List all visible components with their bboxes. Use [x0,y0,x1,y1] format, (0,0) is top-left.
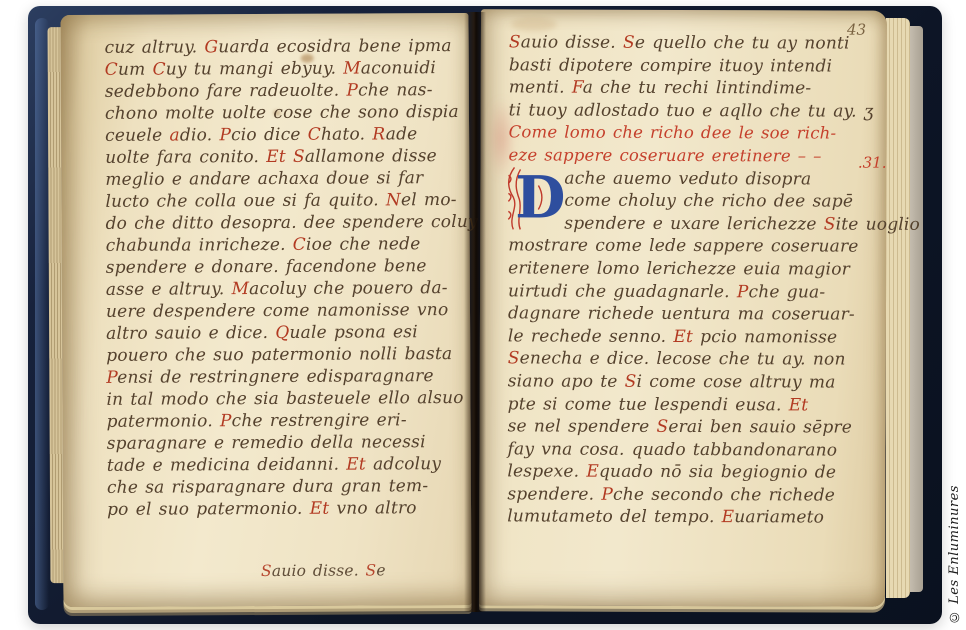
manuscript-line: lucto che colla oue si fa quito. Nel mo- [105,189,471,213]
manuscript-line: mostrare come lede sappere coseruare [508,235,882,259]
text-segment: enecha e dice. lecose che tu ay. non [520,349,846,370]
chapter-number: .31. [858,154,887,172]
manuscript-line: Cum Cuy tu mangi ebyuy. Maconuidi [105,57,471,81]
text-segment: Et [346,454,366,474]
text-segment: uirtudi che guadagnarle. [508,281,737,302]
text-segment: che sa risparagnare dura gran tem- [107,476,428,498]
text-segment: eritenere lomo lerichezze euia magior [508,258,850,279]
text-segment: pte si come tue lespendi eusa. [508,394,789,415]
text-segment: P [106,368,117,388]
text-segment: uy tu mangi ebyuy. [166,59,344,80]
text-segment: ioe che nede [306,234,421,255]
manuscript-line: uirtudi che guadagnarle. Pche gua- [508,280,882,304]
text-segment: S [625,372,637,392]
manuscript-line: ti tuoy adlostado tuo e aqllo che tu ay.… [509,99,883,123]
text-segment: S [293,147,305,167]
text-segment: P [601,485,613,505]
chapter-paragraph: D ache auemo veduto disopracome choluy c… [507,167,882,530]
fore-edge-page-stack [886,18,910,598]
manuscript-line: patermonio. Pche restrengire eri- [107,409,473,433]
text-segment: Et [266,147,286,167]
text-segment: aconuidi [361,58,436,78]
text-segment: auio disse. [272,561,366,579]
book-gutter [464,12,486,612]
text-segment: S [365,561,376,579]
manuscript-line: lumutameto del tempo. Euariameto [507,506,881,530]
text-segment: do che ditto desopra. dee spendere coluy [105,212,477,234]
text-segment: allamone disse [305,146,437,167]
text-segment: come choluy che richo dee sapē [564,191,853,212]
parchment-stain [511,17,557,31]
manuscript-line: lespexe. Equado nō sia begiognio de [507,461,881,485]
text-segment: P [219,125,231,145]
manuscript-line: Come lomo che richo dee le soe rich- [509,122,883,146]
text-segment: patermonio. [107,411,221,432]
manuscript-line: se nel spendere Serai ben sauio sēpre [508,415,882,439]
text-segment: quado nō sia begiognio de [599,462,836,483]
text-segment: po el suo patermonio. [107,499,310,520]
text-segment: adcoluy [366,454,441,474]
manuscript-line: altro sauio e dice. Quale psona esi [106,321,472,345]
manuscript-line: ceuele adio. Pcio dice Chato. Rade [105,123,471,147]
right-page-opening-lines: Sauio disse. Se quello che tu ay nontiba… [509,31,883,123]
text-segment: erai ben sauio sēpre [668,417,852,438]
text-segment: chabunda inricheze. [106,235,293,256]
illuminated-initial: D [508,167,564,213]
text-segment: meglio e andare achaxa doue si far [105,168,423,190]
manuscript-line: Sauio disse. Se quello che tu ay nonti [509,31,883,55]
text-segment: menti. [509,78,572,98]
text-segment: R [372,124,385,144]
text-segment: S [656,417,668,437]
text-segment: altro sauio e dice. [106,323,275,344]
manuscript-line: Senecha e dice. lecose che tu ay. non [508,348,882,372]
manuscript-line: Sauio disse. Se [183,559,463,582]
text-segment: E [722,508,735,528]
manuscript-line: uolte fara conito. Et Sallamone disse [105,145,471,169]
text-segment: S [261,562,272,580]
text-segment: cuz altruy. [105,37,205,58]
text-segment: a [169,125,179,145]
manuscript-line: cuz altruy. Guarda ecosidra bene ipma [105,35,471,59]
text-segment: uariameto [734,508,824,528]
cover-spine-highlight [35,18,49,610]
text-segment: lumutameto del tempo. [507,507,721,528]
text-segment: spendere e donare. facendone bene [106,256,427,278]
text-segment: Q [275,323,289,343]
text-segment: mostrare come lede sappere coseruare [508,236,858,257]
manuscript-line: le rechede senno. Et pcio namonisse [508,325,882,349]
text-segment: P [346,81,358,101]
text-segment: pcio namonisse [693,327,837,348]
text-segment: Come lomo che richo dee le soe rich- [509,123,837,143]
text-segment: um [118,60,153,80]
manuscript-line: tade e medicina deidanni. Et adcoluy [107,453,473,477]
text-segment: Et [310,499,330,519]
text-segment: lucto che colla oue si fa quito. [105,190,386,211]
manuscript-line: in tal modo che sia basteuele ello alsuo [106,387,472,411]
manuscript-line: sparagnare e remedio della necessi [107,431,473,455]
text-segment: ache auemo veduto disopra [564,168,811,189]
svg-text:D: D [515,163,566,231]
text-segment: sedebbono fare radeuolte. [105,81,347,102]
text-segment: e quello che tu ay nonti [635,33,850,54]
manuscript-line: pte si come tue lespendi eusa. Et [508,393,882,417]
text-segment: uale psona esi [289,322,417,343]
text-segment: a che tu rechi lintindime- [583,78,812,99]
manuscript-line: meglio e andare achaxa doue si far [105,167,471,191]
text-segment: spendere. [507,484,601,504]
text-segment: S [508,349,520,369]
text-segment: P [737,282,749,302]
manuscript-line: menti. Fa che tu rechi lintindime- [509,77,883,101]
text-segment: uarda ecosidra bene ipma [218,36,451,57]
manuscript-line: sedebbono fare radeuolte. Pche nas- [105,79,471,103]
manuscript-line: chabunda inricheze. Cioe che nede [106,233,472,257]
text-segment: ade [386,124,418,144]
text-segment: pouero che suo patermonio nolli basta [106,344,452,366]
left-page-text: cuz altruy. Guarda ecosidra bene ipmaCum… [105,35,474,521]
text-segment: E [586,462,599,482]
text-segment: uolte fara conito. [105,147,266,168]
manuscript-line: asse e altruy. Macoluy che pouero da- [106,277,472,301]
text-segment: acoluy che pouero da- [249,278,448,299]
catchword: Sauio disse. Se [183,559,463,582]
text-segment: C [308,125,321,145]
text-segment: dagnare richede uentura ma coseruar- [508,304,855,325]
text-block-edge [910,26,923,592]
text-segment: lespexe. [507,462,586,482]
text-segment: se nel spendere [508,416,657,437]
manuscript-line: che sa risparagnare dura gran tem- [107,475,473,499]
text-segment: M [231,279,249,299]
text-segment: ti tuoy adlostado tuo e aqllo che tu ay.… [509,100,874,121]
right-page-text: Sauio disse. Se quello che tu ay nontiba… [507,31,883,529]
text-segment: C [152,60,165,80]
text-segment: le rechede senno. [508,326,674,347]
text-segment: cio dice [231,125,308,145]
manuscript-line: basti dipotere compire ituoy intendi [509,54,883,78]
photo-scene: cuz altruy. Guarda ecosidra bene ipmaCum… [0,0,966,630]
manuscript-line: siano apo te Si come cose altruy ma [508,370,882,394]
text-segment: i come cose altruy ma [637,372,836,393]
text-segment: Et [789,395,809,415]
right-page: 43 Sauio disse. Se quello che tu ay nont… [479,9,887,606]
text-segment: auio disse. [521,32,623,52]
rubric-heading: Come lomo che richo dee le soe rich-eze … [508,122,882,168]
text-segment: sparagnare e remedio della necessi [107,432,426,454]
manuscript-line: pouero che suo patermonio nolli basta [106,343,472,367]
text-segment: dio. [180,125,220,145]
manuscript-line: eritenere lomo lerichezze euia magior [508,257,882,281]
text-segment: chono molte uolte cose che sono dispia [105,102,459,124]
manuscript-book: cuz altruy. Guarda ecosidra bene ipmaCum… [28,6,942,624]
text-segment: che secondo che richede [613,485,835,506]
text-segment: basti dipotere compire ituoy intendi [509,55,832,76]
text-segment: tade e medicina deidanni. [107,455,347,476]
text-segment: che gua- [749,282,826,302]
manuscript-line: chono molte uolte cose che sono dispia [105,101,471,125]
text-segment: ite uoglio [836,214,920,234]
text-segment: hato. [321,124,372,144]
text-segment: vno altro [329,498,416,518]
text-segment: in tal modo che sia basteuele ello alsuo [106,388,463,410]
manuscript-line: uere despendere come namonisse vno [106,299,472,323]
manuscript-line: spendere e donare. facendone bene [106,255,472,279]
text-segment: F [572,78,583,98]
text-segment: S [824,214,836,234]
text-segment: siano apo te [508,371,625,391]
text-segment: che restrengire eri- [232,410,407,431]
text-segment: el mo- [401,190,457,210]
text-segment: e [376,561,385,579]
text-segment: asse e altruy. [106,279,232,300]
manuscript-line: Pensi de restringnere edisparagnare [106,365,472,389]
text-segment [286,147,293,167]
text-segment: spendere e uxare lerichezze [564,213,824,234]
text-segment: P [220,411,232,431]
text-segment: S [623,33,635,53]
manuscript-line: fay vna cosa. quado tabbandonarano [507,438,881,462]
left-page: cuz altruy. Guarda ecosidra bene ipmaCum… [60,13,471,607]
text-segment: N [386,190,401,210]
illuminated-initial-artwork: D [502,163,568,233]
text-segment: uere despendere come namonisse vno [106,300,448,322]
manuscript-line: do che ditto desopra. dee spendere coluy [105,211,471,235]
manuscript-line: dagnare richede uentura ma coseruar- [508,303,882,327]
manuscript-line: spendere. Pche secondo che richede [507,483,881,507]
text-segment: Et [673,327,693,347]
text-segment: S [509,32,521,52]
manuscript-line: po el suo patermonio. Et vno altro [107,497,473,521]
photo-credit: © Les Enluminures [947,454,965,624]
text-segment: ensi de restringnere edisparagnare [117,366,434,388]
text-segment: fay vna cosa. quado tabbandonarano [507,439,837,460]
text-segment: M [343,58,361,78]
text-segment: che nas- [358,80,433,100]
text-segment: C [105,60,118,80]
text-segment: G [204,37,218,57]
text-segment: ceuele [105,126,170,146]
text-segment: C [293,235,306,255]
